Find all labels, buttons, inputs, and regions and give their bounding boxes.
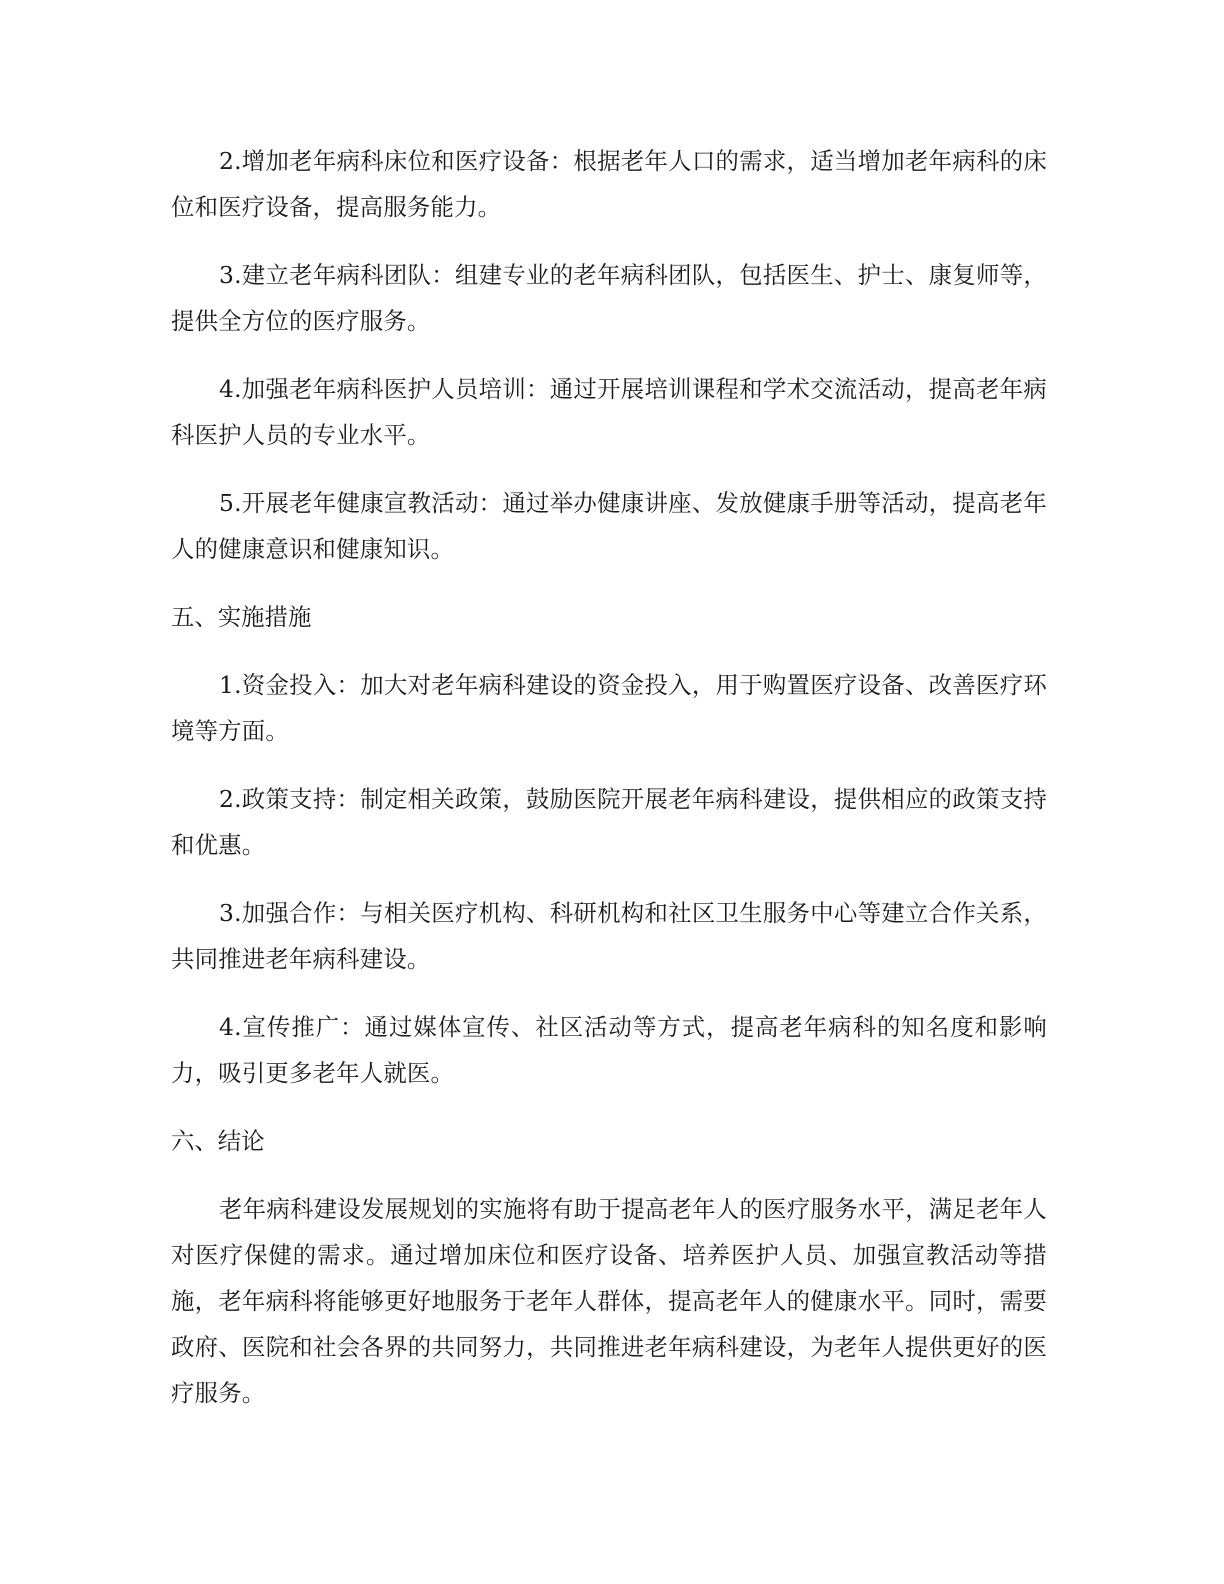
paragraph-measure-2-policy: 2.政策支持：制定相关政策，鼓励医院开展老年病科建设，提供相应的政策支持和优惠。 <box>171 776 1047 868</box>
section-heading-implementation: 五、实施措施 <box>171 594 1047 640</box>
paragraph-item-4-training: 4.加强老年病科医护人员培训：通过开展培训课程和学术交流活动，提高老年病科医护人… <box>171 366 1047 458</box>
document-page: 2.增加老年病科床位和医疗设备：根据老年人口的需求，适当增加老年病科的床位和医疗… <box>171 138 1047 1438</box>
paragraph-measure-3-cooperation: 3.加强合作：与相关医疗机构、科研机构和社区卫生服务中心等建立合作关系，共同推进… <box>171 890 1047 982</box>
paragraph-measure-4-promotion: 4.宣传推广：通过媒体宣传、社区活动等方式，提高老年病科的知名度和影响力，吸引更… <box>171 1004 1047 1096</box>
paragraph-item-3-team: 3.建立老年病科团队：组建专业的老年病科团队，包括医生、护士、康复师等，提供全方… <box>171 252 1047 344</box>
paragraph-item-2-beds-equipment: 2.增加老年病科床位和医疗设备：根据老年人口的需求，适当增加老年病科的床位和医疗… <box>171 138 1047 230</box>
section-heading-conclusion: 六、结论 <box>171 1118 1047 1164</box>
paragraph-measure-1-funding: 1.资金投入：加大对老年病科建设的资金投入，用于购置医疗设备、改善医疗环境等方面… <box>171 662 1047 754</box>
paragraph-item-5-health-education: 5.开展老年健康宣教活动：通过举办健康讲座、发放健康手册等活动，提高老年人的健康… <box>171 480 1047 572</box>
paragraph-conclusion: 老年病科建设发展规划的实施将有助于提高老年人的医疗服务水平，满足老年人对医疗保健… <box>171 1186 1047 1416</box>
